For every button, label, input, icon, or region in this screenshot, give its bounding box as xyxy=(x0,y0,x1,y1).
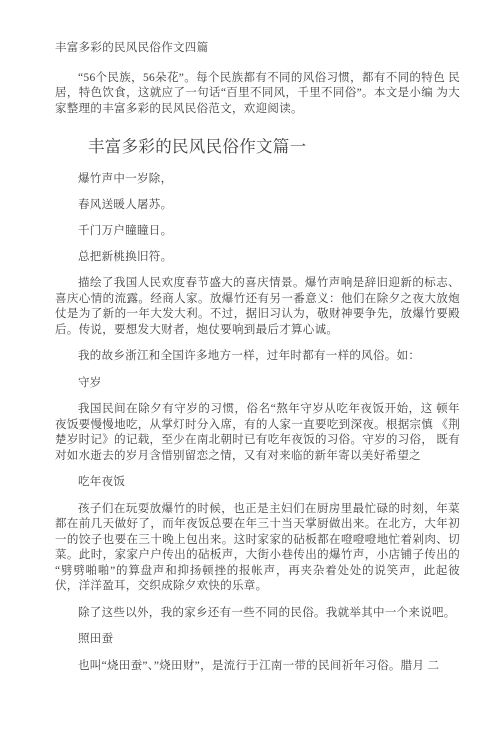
block-paragraph: 也叫“烧田蚕”、”烧田财”，是流行于江南一带的民间祈年习俗。腊月 二 xyxy=(55,659,460,675)
block-poem-line: 爆竹声中一岁除， xyxy=(55,172,460,188)
block-poem-line: 千门万户瞳瞳日。 xyxy=(55,224,460,240)
document-page: 丰富多彩的民风民俗作文四篇“56个民族，56朵花”。每个民族都有不同的风俗习惯，… xyxy=(0,0,500,740)
block-doc-title: 丰富多彩的民风民俗作文四篇 xyxy=(55,41,460,57)
block-section-title: 丰富多彩的民风民俗作文篇一 xyxy=(55,136,460,158)
block-subheading: 守岁 xyxy=(55,376,460,392)
block-paragraph: 描绘了我国人民欢度春节盛大的喜庆情景。爆竹声响是辞旧迎新的标志、 喜庆心情的流露… xyxy=(55,276,460,338)
block-paragraph: 孩子们在玩耍放爆竹的时候，也正是主妇们在厨房里最忙碌的时刻，年菜 都在前几天做好… xyxy=(55,502,460,595)
block-poem-line: 总把新桃换旧符。 xyxy=(55,250,460,266)
block-paragraph: “56个民族，56朵花”。每个民族都有不同的风俗习惯，都有不同的特色 民居，特色… xyxy=(55,71,460,118)
block-subheading: 吃年夜饭 xyxy=(55,475,460,491)
block-paragraph: 除了这些以外，我的家乡还有一些不同的民俗。我就举其中一个来说吧。 xyxy=(55,606,460,622)
block-poem-line: 春风送暖人屠苏。 xyxy=(55,198,460,214)
block-subheading: 照田蚕 xyxy=(55,632,460,648)
document-blocks: 丰富多彩的民风民俗作文四篇“56个民族，56朵花”。每个民族都有不同的风俗习惯，… xyxy=(55,41,460,674)
block-paragraph: 我国民间在除夕有守岁的习惯，俗名“熬年守岁从吃年夜饭开始，这 顿年夜饭要慢慢地吃… xyxy=(55,402,460,464)
block-paragraph: 我的故乡浙江和全国许多地方一样，过年时都有一样的风俗。如： xyxy=(55,349,460,365)
